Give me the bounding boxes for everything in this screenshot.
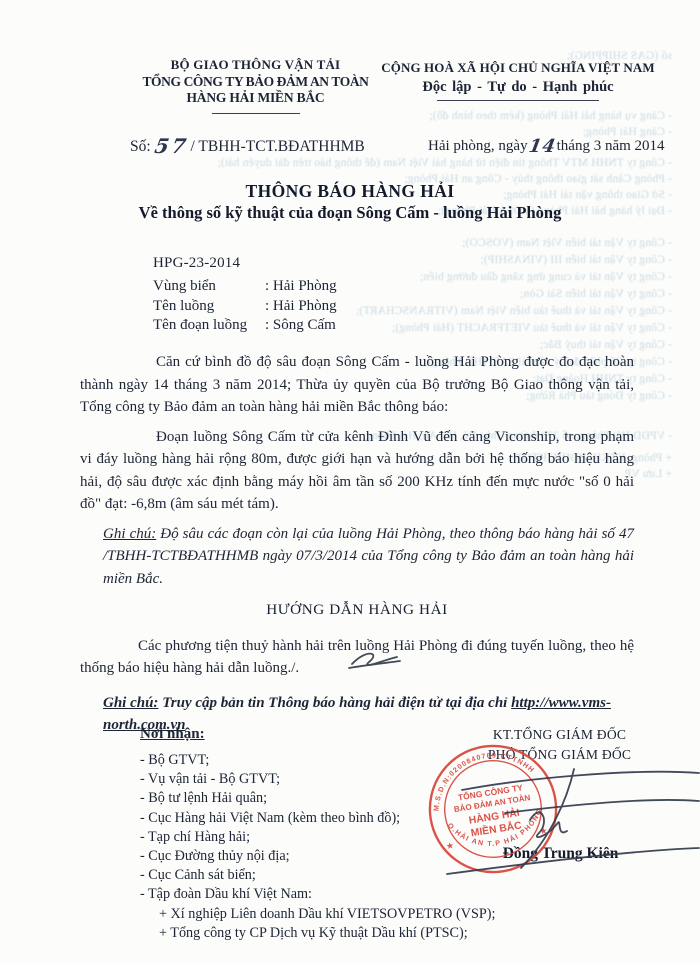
recipient-subitem: + Xí nghiệp Liên doanh Dầu khí VIETSOVPE… [140, 905, 495, 924]
recipient-item: - Tập đoàn Dầu khí Việt Nam: [140, 885, 495, 904]
notice-meta: HPG-23-2014 Vùng biển: Hải Phòng Tên luồ… [153, 255, 337, 336]
recipient-subitem: + Tổng công ty CP Dịch vụ Kỹ thuật Dầu k… [140, 924, 495, 943]
meta-label: Tên luồng [153, 297, 265, 317]
recipients-sublist: + Xí nghiệp Liên doanh Dầu khí VIETSOVPE… [140, 905, 495, 943]
meta-row: Tên đoạn luồng: Sông Cấm [153, 316, 337, 336]
stamp-star-left-icon: ★ [445, 840, 454, 851]
notice-code: HPG-23-2014 [153, 255, 337, 272]
reference-number-line: Số:57/ TBHH-TCT.BĐATHHMB [130, 134, 365, 158]
ref-prefix: Số: [130, 138, 151, 155]
note2-label: Ghi chú: [103, 695, 158, 711]
paragraph-guidance: Các phương tiện thuỷ hành hải trên luồng… [80, 635, 634, 680]
document-title: THÔNG BÁO HÀNG HẢI [0, 181, 700, 202]
meta-rows: Vùng biển: Hải Phòng Tên luồng: Hải Phòn… [153, 277, 337, 336]
bleedthrough-line: - Cảng vụ hàng hải Hải Phòng (kèm theo b… [429, 110, 672, 122]
section-heading-navigation-guidance: HƯỚNG DẪN HÀNG HẢI [80, 599, 634, 622]
recipients-heading: Nơi nhận: [140, 726, 495, 743]
meta-label: Tên đoạn luồng [153, 316, 265, 336]
meta-row: Tên luồng: Hải Phòng [153, 297, 337, 317]
document-body: Căn cứ bình đồ độ sâu đoạn Sông Cấm - lu… [80, 351, 634, 737]
corporation-name-line2: HÀNG HẢI MIỀN BẮC [118, 90, 393, 106]
paragraph-channel-depth: Đoạn luồng Sông Cấm từ cửa kênh Đình Vũ … [80, 426, 634, 516]
ref-suffix: / TBHH-TCT.BĐATHHMB [191, 138, 365, 155]
meta-row: Vùng biển: Hải Phòng [153, 277, 337, 297]
bleedthrough-line: - Công ty Vận tải và thuê tàu biển Việt … [356, 305, 672, 317]
place-date-line: Hải phòng, ngày14tháng 3 năm 2014 [428, 136, 665, 157]
motto: Độc lập - Tự do - Hạnh phúc [372, 79, 664, 96]
issuing-authority-block: BỘ GIAO THÔNG VẬN TẢI TỔNG CÔNG TY BẢO Đ… [118, 57, 393, 114]
handwritten-ref-number: 57 [153, 134, 191, 158]
header-left-rule [212, 113, 300, 114]
bleedthrough-line: - Công ty TNHH MTV Thông tin điện tử hàn… [217, 157, 672, 169]
stamp-star-right-icon: ★ [539, 825, 548, 836]
date-suffix: tháng 3 năm 2014 [557, 138, 665, 154]
note1-label: Ghi chú: [103, 526, 156, 542]
bleedthrough-line: - Công ty Vận tải và cung ứng xăng dầu đ… [420, 271, 672, 283]
meta-label: Vùng biển [153, 277, 265, 297]
national-motto-block: CỘNG HOÀ XÃ HỘI CHỦ NGHĨA VIỆT NAM Độc l… [372, 60, 664, 101]
note-remaining-sections: Ghi chú: Độ sâu các đoạn còn lại của luồ… [103, 523, 634, 591]
scanned-document-page: số (GAS SHIPPING); - Cảng vụ hàng hải Hả… [0, 0, 700, 964]
bleedthrough-line: - Công ty Vận tải biển III (VINASHIP); [480, 254, 672, 266]
bleedthrough-line: - Công ty Vận tải thuỷ Bắc; [540, 339, 672, 351]
meta-value: : Hải Phòng [265, 278, 337, 294]
bleedthrough-line: - Công ty Vận tải biển Sài Gòn; [520, 288, 672, 300]
official-red-stamp: M.S.D.N:0200840769-CTTNHH Q.HẢI AN T.P H… [414, 730, 572, 888]
bleedthrough-line: - Công ty Vận tải và thuê tàu VIETFRACHT… [392, 322, 672, 334]
handwritten-day: 14 [527, 136, 558, 157]
note2-text: Truy cập bản tin Thông báo hàng hải điện… [158, 695, 511, 711]
corporation-name-line1: TỔNG CÔNG TY BẢO ĐẢM AN TOÀN [118, 74, 393, 90]
note1-text: Độ sâu các đoạn còn lại của luồng Hải Ph… [103, 526, 634, 587]
country-name: CỘNG HOÀ XÃ HỘI CHỦ NGHĨA VIỆT NAM [372, 60, 664, 76]
meta-value: : Hải Phòng [265, 298, 337, 314]
document-subtitle: Về thông số kỹ thuật của đoạn Sông Cấm -… [0, 203, 700, 223]
bleedthrough-line: - Công ty Vận tải biển Việt Nam (VOSCO); [462, 237, 672, 249]
date-prefix: Hải phòng, ngày [428, 138, 528, 154]
paragraph-legal-basis: Căn cứ bình đồ độ sâu đoạn Sông Cấm - lu… [80, 351, 634, 419]
ministry-name: BỘ GIAO THÔNG VẬN TẢI [118, 57, 393, 73]
meta-value: : Sông Cấm [265, 317, 336, 333]
header-right-rule [437, 100, 599, 101]
